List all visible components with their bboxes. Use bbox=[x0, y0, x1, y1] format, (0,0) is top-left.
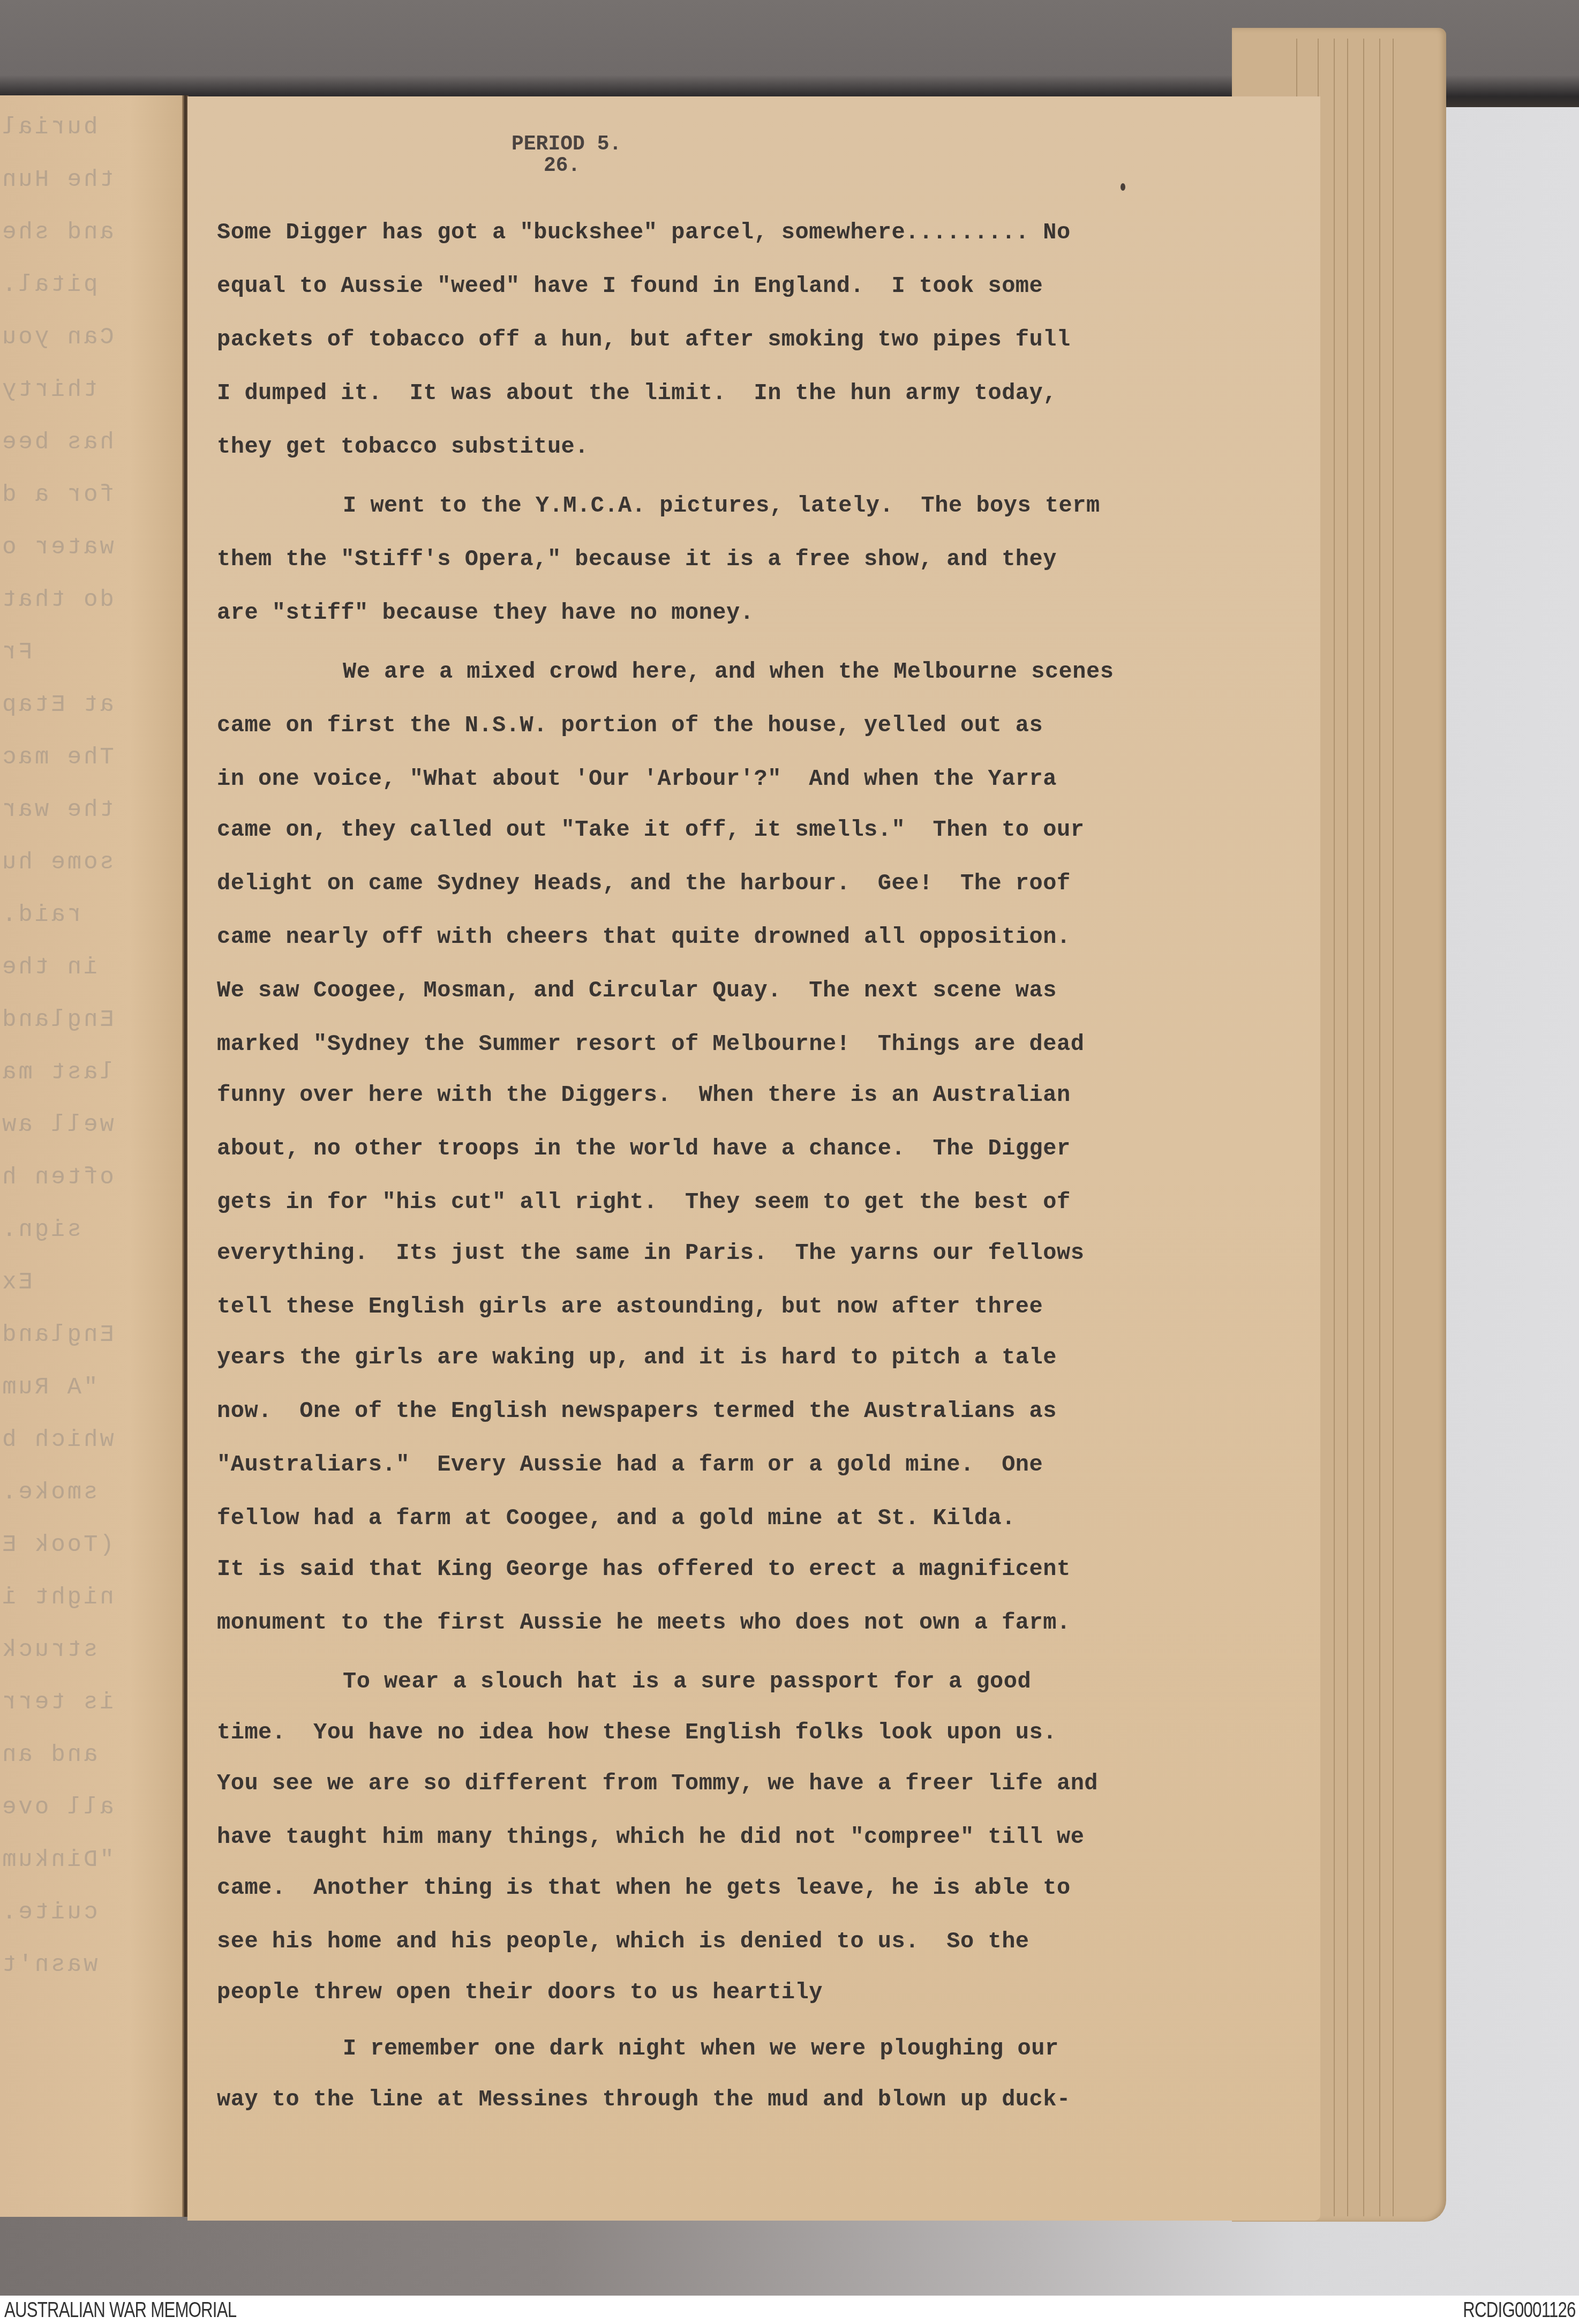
bleedthrough-text: "Dinkum bbox=[0, 1847, 171, 1873]
text-line: I went to the Y.M.C.A. pictures, lately.… bbox=[343, 493, 1100, 519]
bleedthrough-text: water o bbox=[0, 534, 171, 561]
text-line: packets of tobacco off a hun, but after … bbox=[217, 327, 1071, 353]
footer-strip bbox=[0, 2296, 1579, 2324]
footer-institution: AUSTRALIAN WAR MEMORIAL bbox=[4, 2298, 236, 2322]
bleedthrough-text: at Etap bbox=[0, 692, 171, 718]
bleedthrough-text: wasn't bbox=[0, 1952, 171, 1978]
text-line: To wear a slouch hat is a sure passport … bbox=[343, 1669, 1031, 1695]
bleedthrough-text: the Hun bbox=[0, 167, 171, 193]
bleedthrough-text: for a d bbox=[0, 482, 171, 508]
bleedthrough-text: cuite. bbox=[0, 1899, 171, 1926]
page-edge bbox=[1347, 39, 1348, 2216]
text-line: We saw Coogee, Mosman, and Circular Quay… bbox=[217, 978, 1057, 1003]
text-line: marked "Sydney the Summer resort of Melb… bbox=[217, 1031, 1084, 1057]
text-line: delight on came Sydney Heads, and the ha… bbox=[217, 871, 1071, 896]
text-line: everything. Its just the same in Paris. … bbox=[217, 1240, 1084, 1266]
text-line: gets in for "his cut" all right. They se… bbox=[217, 1189, 1071, 1215]
ink-spot bbox=[1121, 183, 1125, 191]
bleedthrough-text: and she bbox=[0, 219, 171, 246]
bleedthrough-text: has bee bbox=[0, 429, 171, 456]
text-line: I dumped it. It was about the limit. In … bbox=[217, 380, 1057, 406]
bleedthrough-text: struck bbox=[0, 1637, 171, 1663]
text-line: Some Digger has got a "buckshee" parcel,… bbox=[217, 220, 1071, 245]
bleedthrough-text: often h bbox=[0, 1164, 171, 1191]
bleedthrough-text: in the bbox=[0, 954, 171, 981]
bleedthrough-text: do that bbox=[0, 587, 171, 613]
page-edge bbox=[1379, 39, 1380, 2216]
bleedthrough-text: pital. bbox=[0, 272, 171, 298]
text-line: in one voice, "What about 'Our 'Arbour'?… bbox=[217, 766, 1057, 792]
text-line: came. Another thing is that when he gets… bbox=[217, 1875, 1071, 1901]
bleedthrough-text: all ove bbox=[0, 1794, 171, 1821]
page-edge bbox=[1363, 39, 1364, 2216]
bleedthrough-text: and an bbox=[0, 1742, 171, 1768]
bleedthrough-text: raid. bbox=[0, 902, 171, 928]
bleedthrough-text: Ex bbox=[0, 1269, 171, 1296]
text-line: came on first the N.S.W. portion of the … bbox=[217, 713, 1043, 738]
bleedthrough-text: England bbox=[0, 1322, 171, 1348]
bleedthrough-text: last ma bbox=[0, 1059, 171, 1086]
text-line: see his home and his people, which is de… bbox=[217, 1929, 1029, 1954]
text-line: about, no other troops in the world have… bbox=[217, 1136, 1071, 1161]
text-line: I remember one dark night when we were p… bbox=[343, 2036, 1059, 2061]
bleedthrough-text: The mac bbox=[0, 744, 171, 771]
text-line: them the "Stiff's Opera," because it is … bbox=[217, 546, 1057, 572]
bleedthrough-text: some hu bbox=[0, 849, 171, 876]
bleedthrough-text: (Took E bbox=[0, 1532, 171, 1558]
text-line: came on, they called out "Take it off, i… bbox=[217, 817, 1084, 843]
text-line: We are a mixed crowd here, and when the … bbox=[343, 659, 1114, 685]
text-line: they get tobacco substitue. bbox=[217, 434, 589, 460]
footer-image-id: RCDIG0001126 bbox=[1463, 2298, 1576, 2322]
bleedthrough-text: England bbox=[0, 1007, 171, 1033]
bleedthrough-text: smoke. bbox=[0, 1479, 171, 1506]
right-page: PERIOD 5. 26. Some Digger has got a "buc… bbox=[187, 96, 1320, 2221]
left-page: burialthe Hunand shepital.Can youthirtyh… bbox=[0, 95, 185, 2217]
text-line: are "stiff" because they have no money. bbox=[217, 600, 754, 626]
text-line: years the girls are waking up, and it is… bbox=[217, 1345, 1057, 1370]
text-line: It is said that King George has offered … bbox=[217, 1556, 1071, 1582]
text-line: way to the line at Messines through the … bbox=[217, 2087, 1071, 2112]
bleedthrough-text: sign. bbox=[0, 1217, 171, 1243]
page-edge bbox=[1393, 39, 1394, 2216]
text-line: now. One of the English newspapers terme… bbox=[217, 1398, 1057, 1424]
text-line: monument to the first Aussie he meets wh… bbox=[217, 1610, 1071, 1636]
bleedthrough-text: thirty bbox=[0, 377, 171, 403]
text-line: have taught him many things, which he di… bbox=[217, 1824, 1084, 1850]
text-line: people threw open their doors to us hear… bbox=[217, 1980, 823, 2005]
bleedthrough-text: burial bbox=[0, 114, 171, 141]
bleedthrough-text: "A Rum bbox=[0, 1374, 171, 1401]
bleedthrough-text: is terr bbox=[0, 1689, 171, 1716]
bleedthrough-text: the war bbox=[0, 797, 171, 823]
bleedthrough-text: night i bbox=[0, 1584, 171, 1611]
page-edge bbox=[1334, 39, 1335, 2216]
period-heading: PERIOD 5. bbox=[512, 133, 1579, 156]
text-line: "Australiars." Every Aussie had a farm o… bbox=[217, 1452, 1043, 1478]
bleedthrough-text: Can you bbox=[0, 324, 171, 351]
text-line: fellow had a farm at Coogee, and a gold … bbox=[217, 1505, 1016, 1531]
text-line: tell these English girls are astounding,… bbox=[217, 1294, 1043, 1320]
text-line: came nearly off with cheers that quite d… bbox=[217, 924, 1071, 950]
text-line: time. You have no idea how these English… bbox=[217, 1720, 1057, 1745]
text-line: You see we are so different from Tommy, … bbox=[217, 1771, 1098, 1796]
bleedthrough-text: which b bbox=[0, 1427, 171, 1453]
text-line: equal to Aussie "weed" have I found in E… bbox=[217, 273, 1043, 299]
bleedthrough-text: Fr bbox=[0, 639, 171, 666]
text-line: funny over here with the Diggers. When t… bbox=[217, 1082, 1071, 1108]
bleedthrough-text: well aw bbox=[0, 1112, 171, 1138]
page-number: 26. bbox=[544, 154, 1579, 177]
